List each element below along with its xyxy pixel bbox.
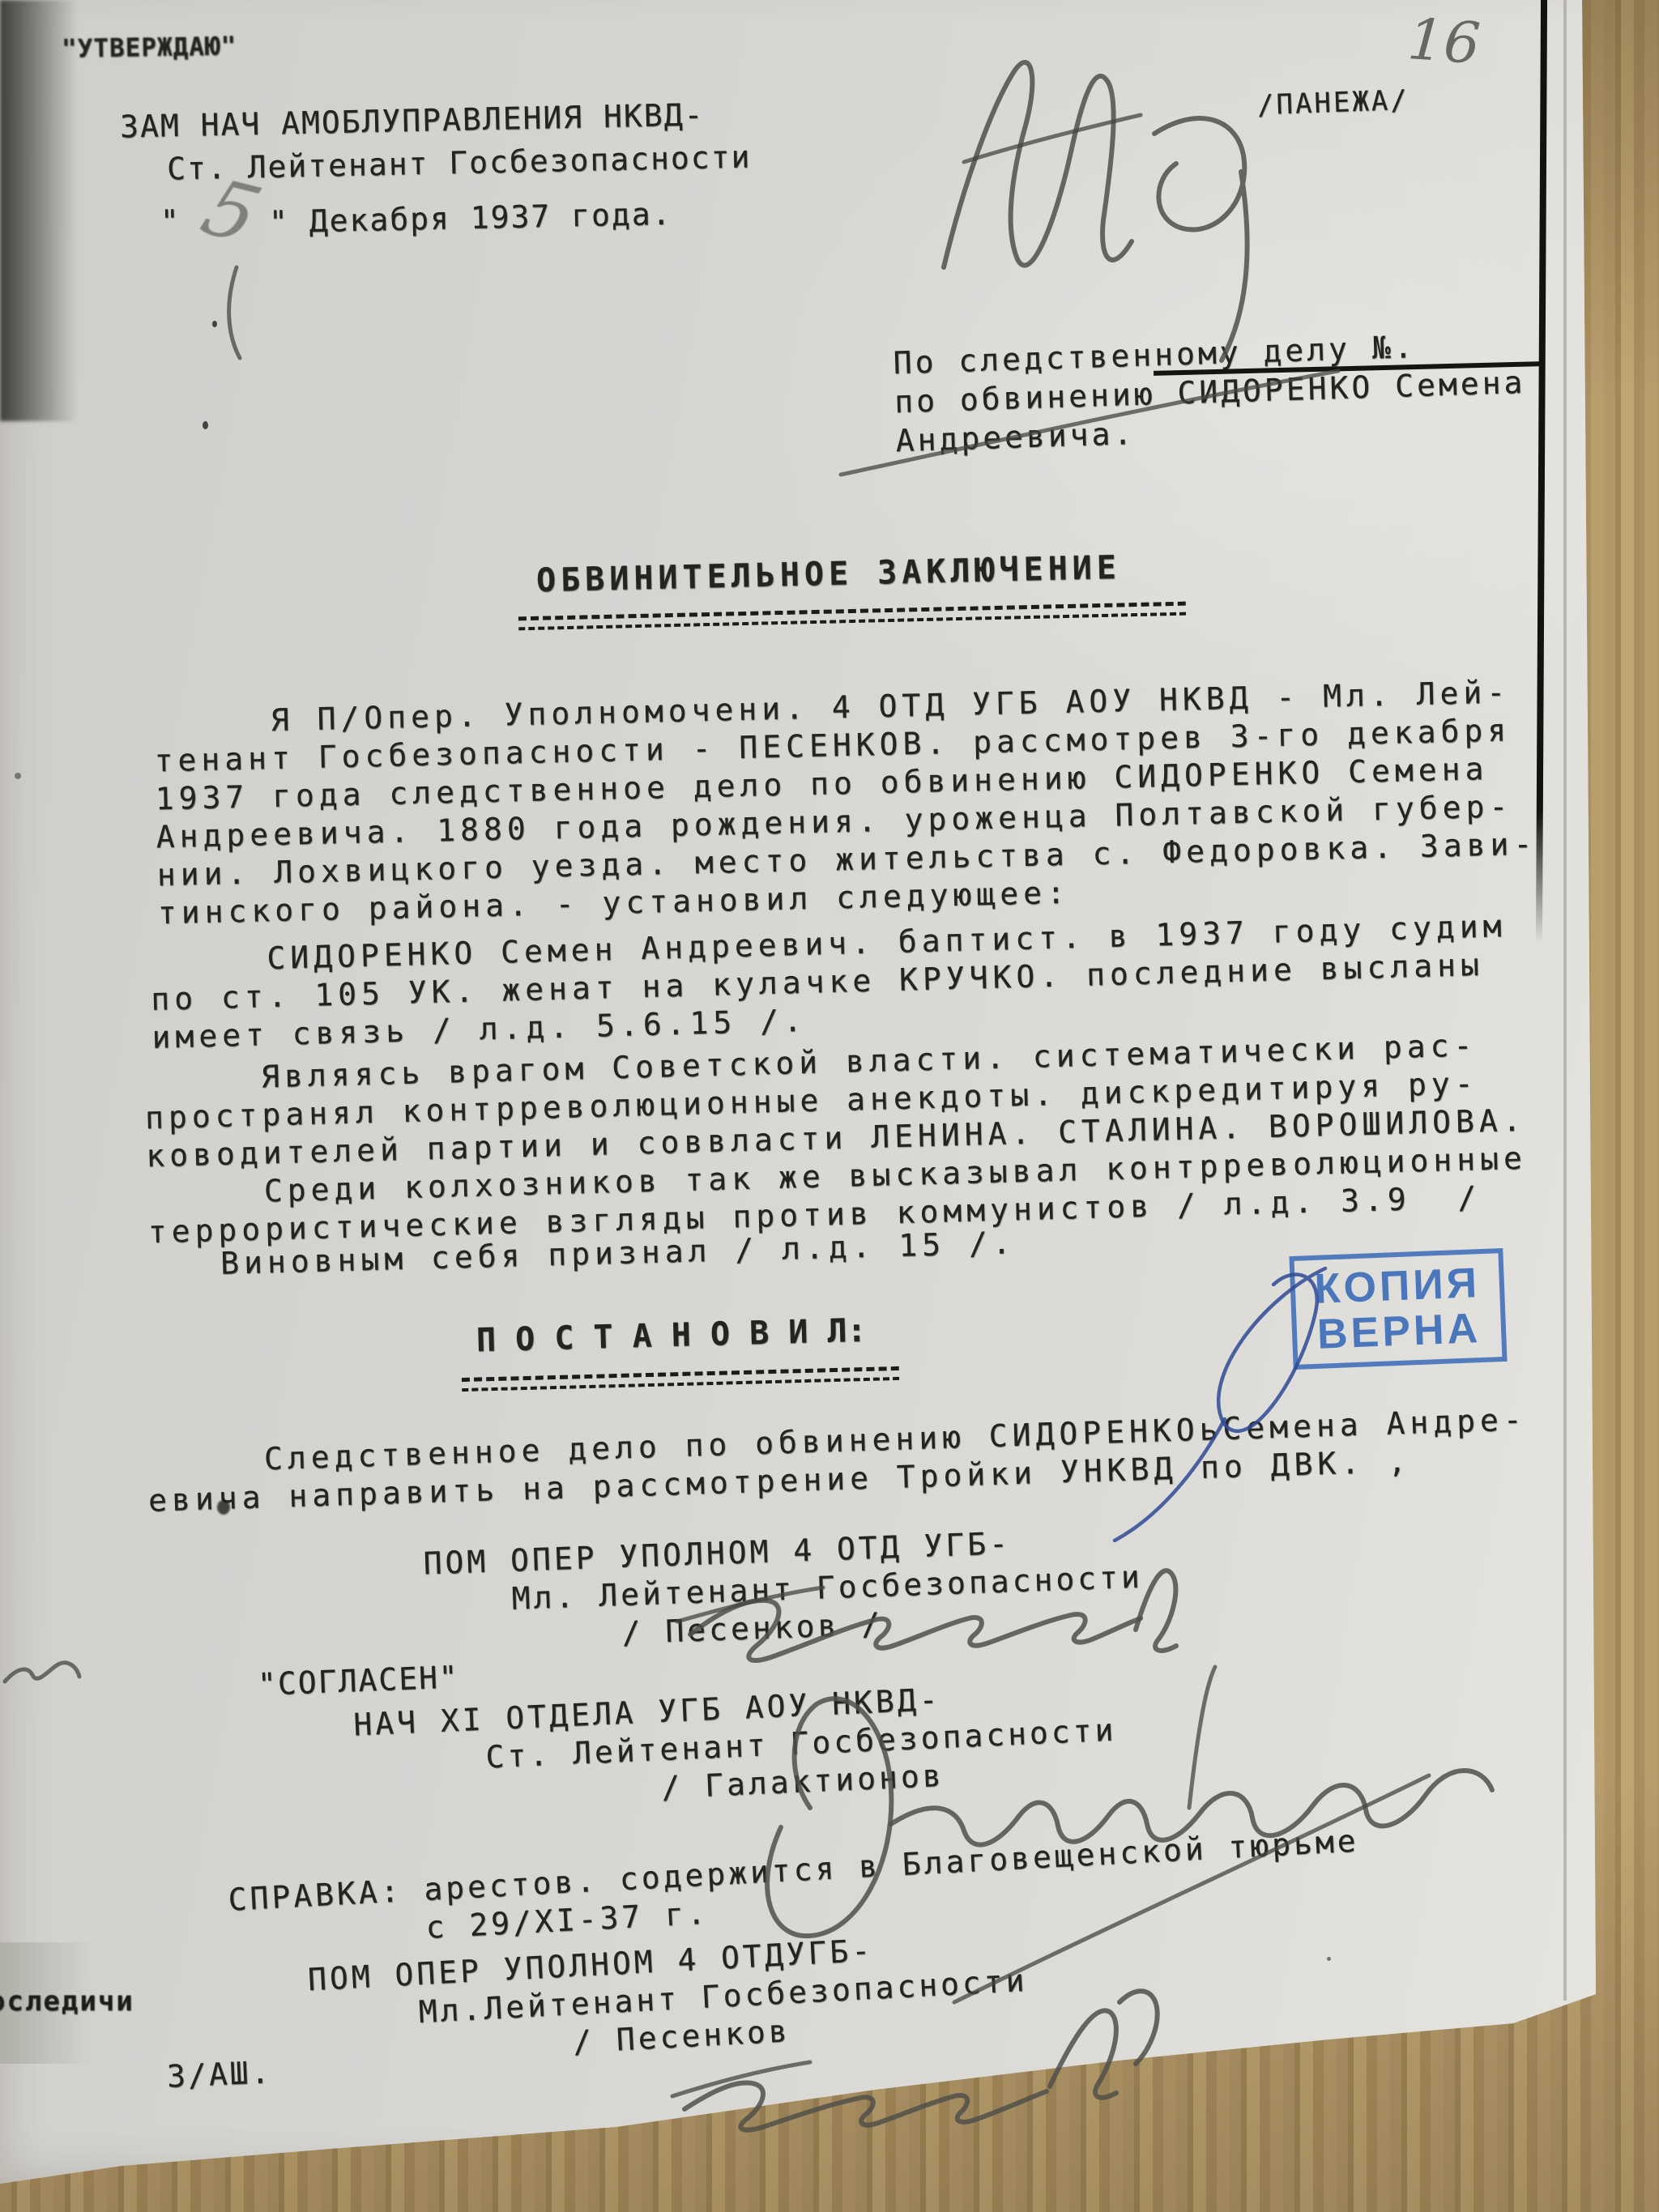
handwriting-layer <box>0 0 1659 2212</box>
signature-approver-loop <box>1154 118 1247 360</box>
stamp-pen-tail <box>1115 1419 1225 1541</box>
signature-pesenkov-1-bar <box>677 1588 823 1622</box>
signature-pesenkov-2-bar <box>672 2062 810 2096</box>
handwritten-day-tail <box>229 267 240 358</box>
signature-pesenkov-1 <box>690 1600 1141 1660</box>
signature-galaktionov-oval <box>767 1698 891 1936</box>
signature-galaktionov-ascender <box>1189 1667 1215 1808</box>
signature-pesenkov-2-flourish <box>1050 1991 1158 2098</box>
signature-approver-sweep <box>841 371 1338 475</box>
signature-pesenkov-1-flourish <box>1136 1571 1176 1651</box>
edge-cursive-fragment <box>5 1663 79 1681</box>
signature-approver-pencil <box>944 62 1132 267</box>
signature-pesenkov-2 <box>684 2083 1047 2130</box>
scanned-document-photo: оследичи "УТВЕРЖДАЮ" ЗАМ НАЧ АМОБЛУПРАВЛ… <box>0 0 1659 2212</box>
stamp-pen-loop <box>1218 1268 1325 1431</box>
